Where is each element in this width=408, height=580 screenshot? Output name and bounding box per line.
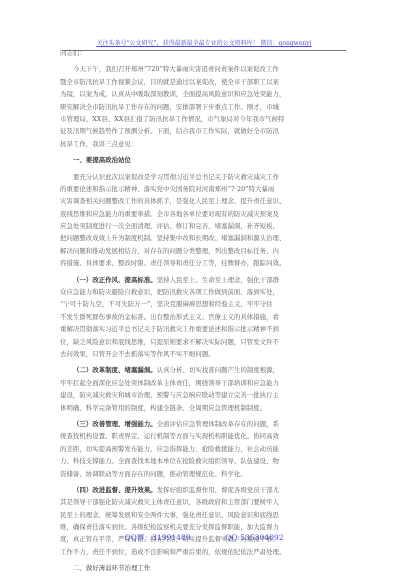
qq-group-label: QQ群：31991489 [124, 533, 190, 542]
subsection-text: 认真分析、切实找准问题产生的制度根源， [157, 366, 279, 374]
paragraph-line: 的差距，切实提高预警发布能力、应急指挥能力、抢险救援能力、社会动员能 [60, 443, 353, 455]
subsection-first-line: （四）改进监督、提升效果。发挥好组织监督作用，督促各级党员干部尤 [60, 484, 353, 496]
section-heading: 二、做好薄弱环节治理工作 [60, 562, 353, 574]
section-heading: 一、要提高政治站位 [60, 154, 353, 166]
paragraph-line: “宁可十防九空，不可失防万一”，坚决克服麻痹思想和经验主义，牢牢守住 [60, 298, 353, 310]
intro-line: 暨全市防汛抗旱工作视频会议，目的就是通过以案促改，使全市干部职工以案 [60, 76, 353, 88]
banner-link[interactable]: 关注头条号“公文研究”，获得最新最全最专业的公文资料库！ 微信：gongweny… [96, 40, 311, 47]
intro-line: 抗旱工作，我讲三点意见： [60, 138, 353, 150]
paragraph-line: 牢牢扛起全面深化应急处突体制改革主体责任，围绕领导干部培训和应急能力 [60, 377, 353, 389]
intro-line: 征及汛期气候趋势作了预测分析。下面，结合我市工作实际，就做好全市防汛 [60, 125, 353, 137]
salutation: 同志们： [60, 47, 353, 59]
subsection-first-line: （三）改善管理、增强能力。全面评估应急管理体制改革存在的问题，系 [60, 418, 353, 430]
paragraph-line: 容措施、具体要求、整改时限、责任领导和责任分工等，挂牌督办，跟踪问效。 [60, 257, 353, 269]
subsection-text: 全面评估应急管理体制改革存在的问题，系 [157, 420, 279, 428]
subsection-first-line: （二）改革制度、堵塞漏洞。认真分析、切实找准问题产生的制度根源， [60, 364, 353, 376]
paragraph-line: 的重要论述和指示批示精神、落实党中央国务院对河南郑州“7·20”特大暴雨 [60, 183, 353, 195]
paragraph-line: 统查找机构设置、职责界定、运行机制等方面与实现机构职能优化、协同高效 [60, 430, 353, 442]
paragraph-line: 力、科技支撑能力。全面查找本地本单位在抢险救灾组织领导、队伍建设、物 [60, 455, 353, 467]
paragraph-line: 解决问题和推动发展相结合，对存在的问题分类整理，列出整改目标任务、内 [60, 245, 353, 257]
subsection-text: 坚持人民至上、生命至上理念，强化干部群 [157, 276, 279, 284]
paragraph-line: 其是领导干部强化防灾减灾救灾主体责任意识，各级政府和主管部门要树牢人 [60, 496, 353, 508]
footer-contact: QQ群：31991489 QQ:535304092 [0, 532, 408, 543]
subsection-lead: （三）改善管理、增强能力。 [73, 420, 157, 428]
paragraph-line: 去问效果，只管开会不去抓落实等作风不实不细问题。 [60, 348, 353, 360]
intro-line: 为镜，以案为戒，认真从中吸取深刻教训，全面提高风险意识和应急处突能力， [60, 88, 353, 100]
paragraph-line: 应急处突制度进行一次全面清理，评估、修订和完善，堵塞漏洞，补齐短板， [60, 220, 353, 232]
paragraph-line: 体明确、科学完备管用的制度，构建全链条、全周期应急管理机制制度。 [60, 402, 353, 414]
paragraph-line: 众应急能力和防灾避险自救意识，把防汛救灾各项工作做到前面、落到实处， [60, 286, 353, 298]
qq-label: QQ:535304092 [225, 533, 284, 542]
paragraph-line: 底线思维和应急能力的重要举措。全市各地各单位要对现有的防灾减灾预案及 [60, 208, 353, 220]
paragraph-line: 位，缺乏风险意识和底线思维，只提原则要求不解决实际问题，只管发文件不 [60, 336, 353, 348]
document-body: 同志们： 今天下午，我们召开郑州“720”特大暴雨灾害追责问责案件以案促改工作 … [60, 47, 353, 575]
subsection-lead: （二）改革制度、堵塞漏洞。 [73, 366, 157, 374]
intro-line: 市管理局、XX县、XX县汇报了防汛抗旱工作情况，市气象局对今年我市气候特 [60, 113, 353, 125]
paragraph-line: 民至上的理念，统筹发展和安全两件大事，强化责任意识、风险意识和底线思 [60, 509, 353, 521]
subsection-first-line: （一）改正作风、提高标准。坚持人民至上、生命至上理念，强化干部群 [60, 274, 353, 286]
paragraph-line: 不发生群死群伤事故的金标准。出台整治形式主义、官僚主义的具体措施，看 [60, 311, 353, 323]
subsection-text: 发挥好组织监督作用，督促各级党员干部尤 [157, 486, 279, 494]
paragraph-line: 把问题整改成效上升为制度机制。坚持集中改和长期改、堵塞漏洞和源头治理、 [60, 232, 353, 244]
document-page: 关注头条号“公文研究”，获得最新最全最专业的公文资料库！ 微信：gongweny… [0, 0, 408, 580]
paragraph-line: 重解决贯彻落实习近平总书记关于防汛救灾工作重要论述和指示批示精神不到 [60, 323, 353, 335]
subsection-lead: （一）改正作风、提高标准。 [73, 276, 157, 284]
intro-line: 今天下午，我们召开郑州“720”特大暴雨灾害追责问责案件以案促改工作 [60, 63, 353, 75]
paragraph-line: 灾害调查相关问题整改工作的具体抓手，是强化人民至上理念、提升责任意识、 [60, 195, 353, 207]
subsection-lead: （四）改进监督、提升效果。 [73, 486, 157, 494]
paragraph-line: 要充分认识此次以案促改是学习贯彻习近平总书记关于防灾救灾减灾工作 [60, 171, 353, 183]
paragraph-line: 工作不力、责任不到位，造成不良影响和严重后果的，依规依纪依法严肃处理。 [60, 546, 353, 558]
paragraph-line: 资储备、协调联动等方面存在的问题，推动管理规范化、科学化。 [60, 468, 353, 480]
paragraph-line: 建设，防灾减灾救灾和城市治理，预警与应急响应联动等建立完善一批执行主 [60, 389, 353, 401]
intro-line: 研究解决全市防汛抗旱工作存在的问题，安排部署下步重点工作。刚才，市城 [60, 101, 353, 113]
